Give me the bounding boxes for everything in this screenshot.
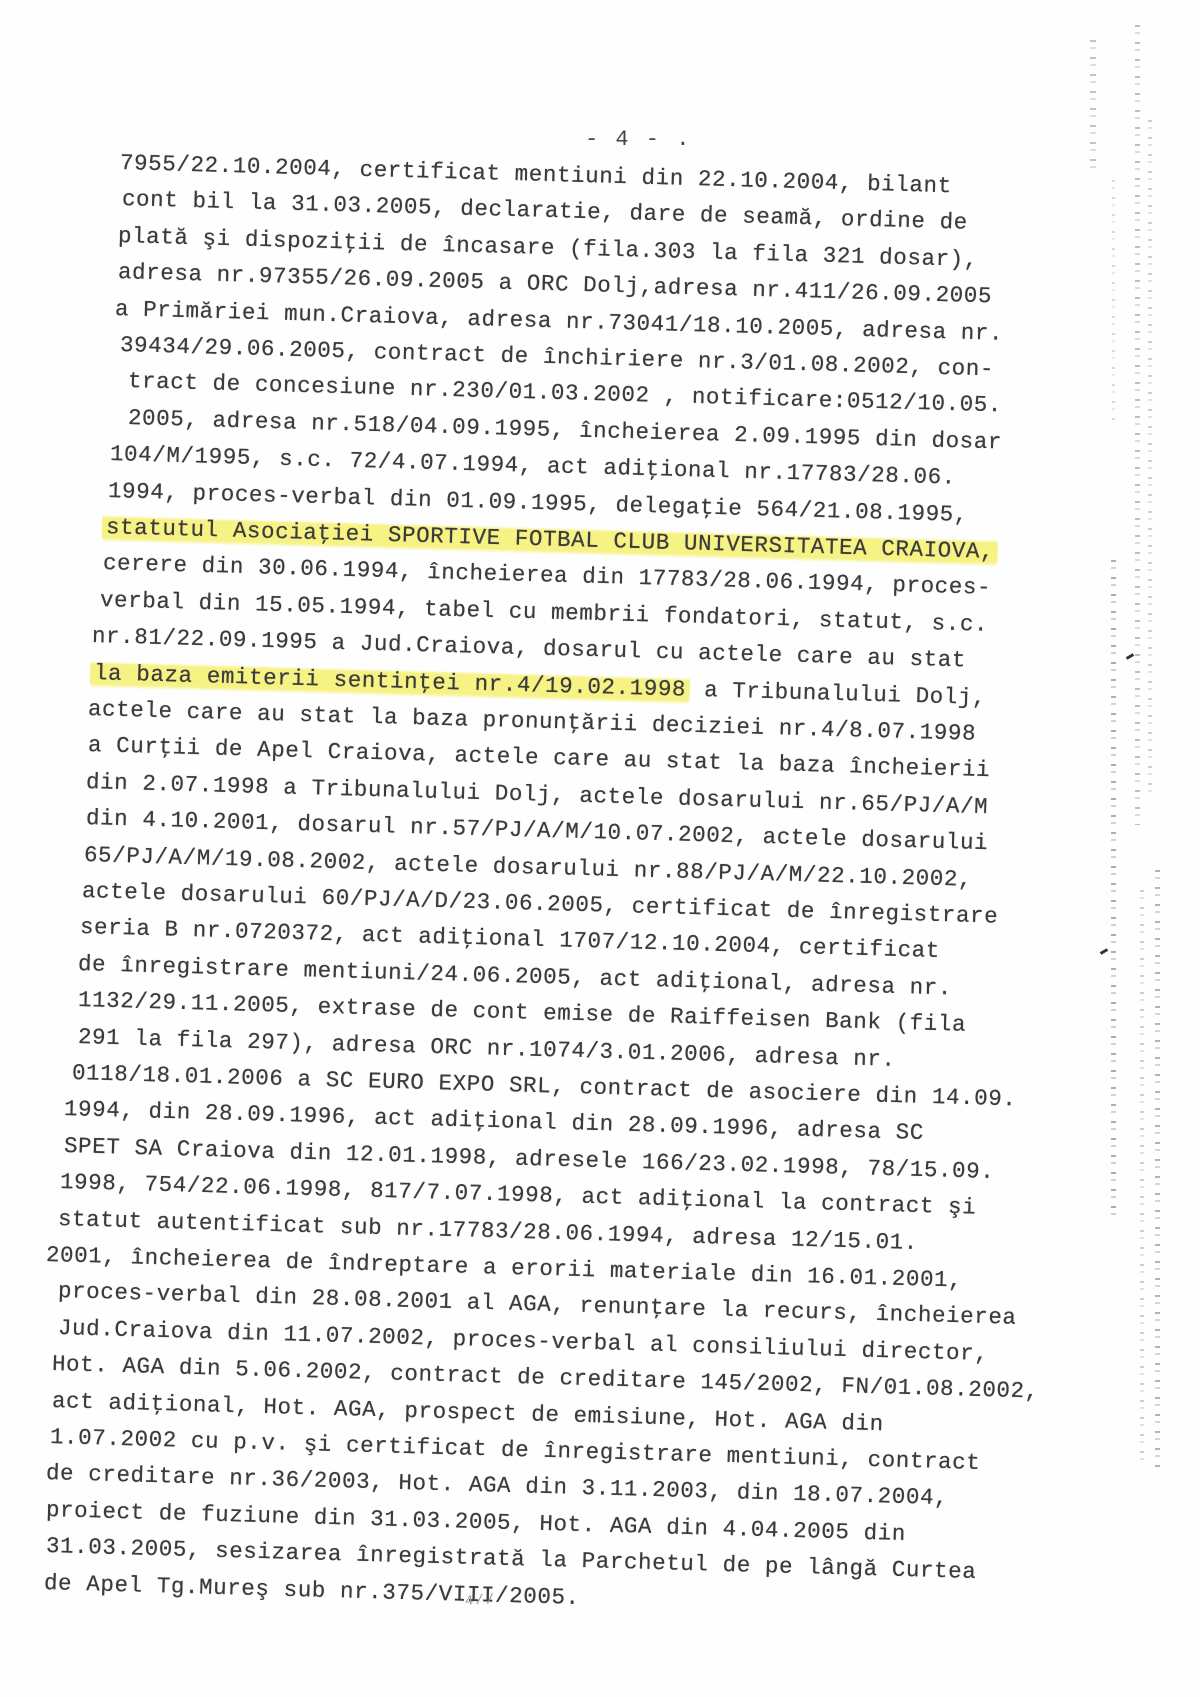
text-line: de Apel Tg.Mureş sub nr.375/VIII/2005. [44, 1570, 580, 1611]
footer-mark: 4// [465, 1592, 497, 1610]
document-body: 7955/22.10.2004, certificat mentiuni din… [0, 0, 1060, 1697]
highlighted-text: la baza emiterii sentinţei nr.4/19.02.19… [90, 658, 691, 705]
scanned-document-page: - 4 - . 7955/22.10.2004, certificat ment… [0, 0, 1200, 1697]
scan-edge-artifacts [1060, 0, 1200, 1697]
